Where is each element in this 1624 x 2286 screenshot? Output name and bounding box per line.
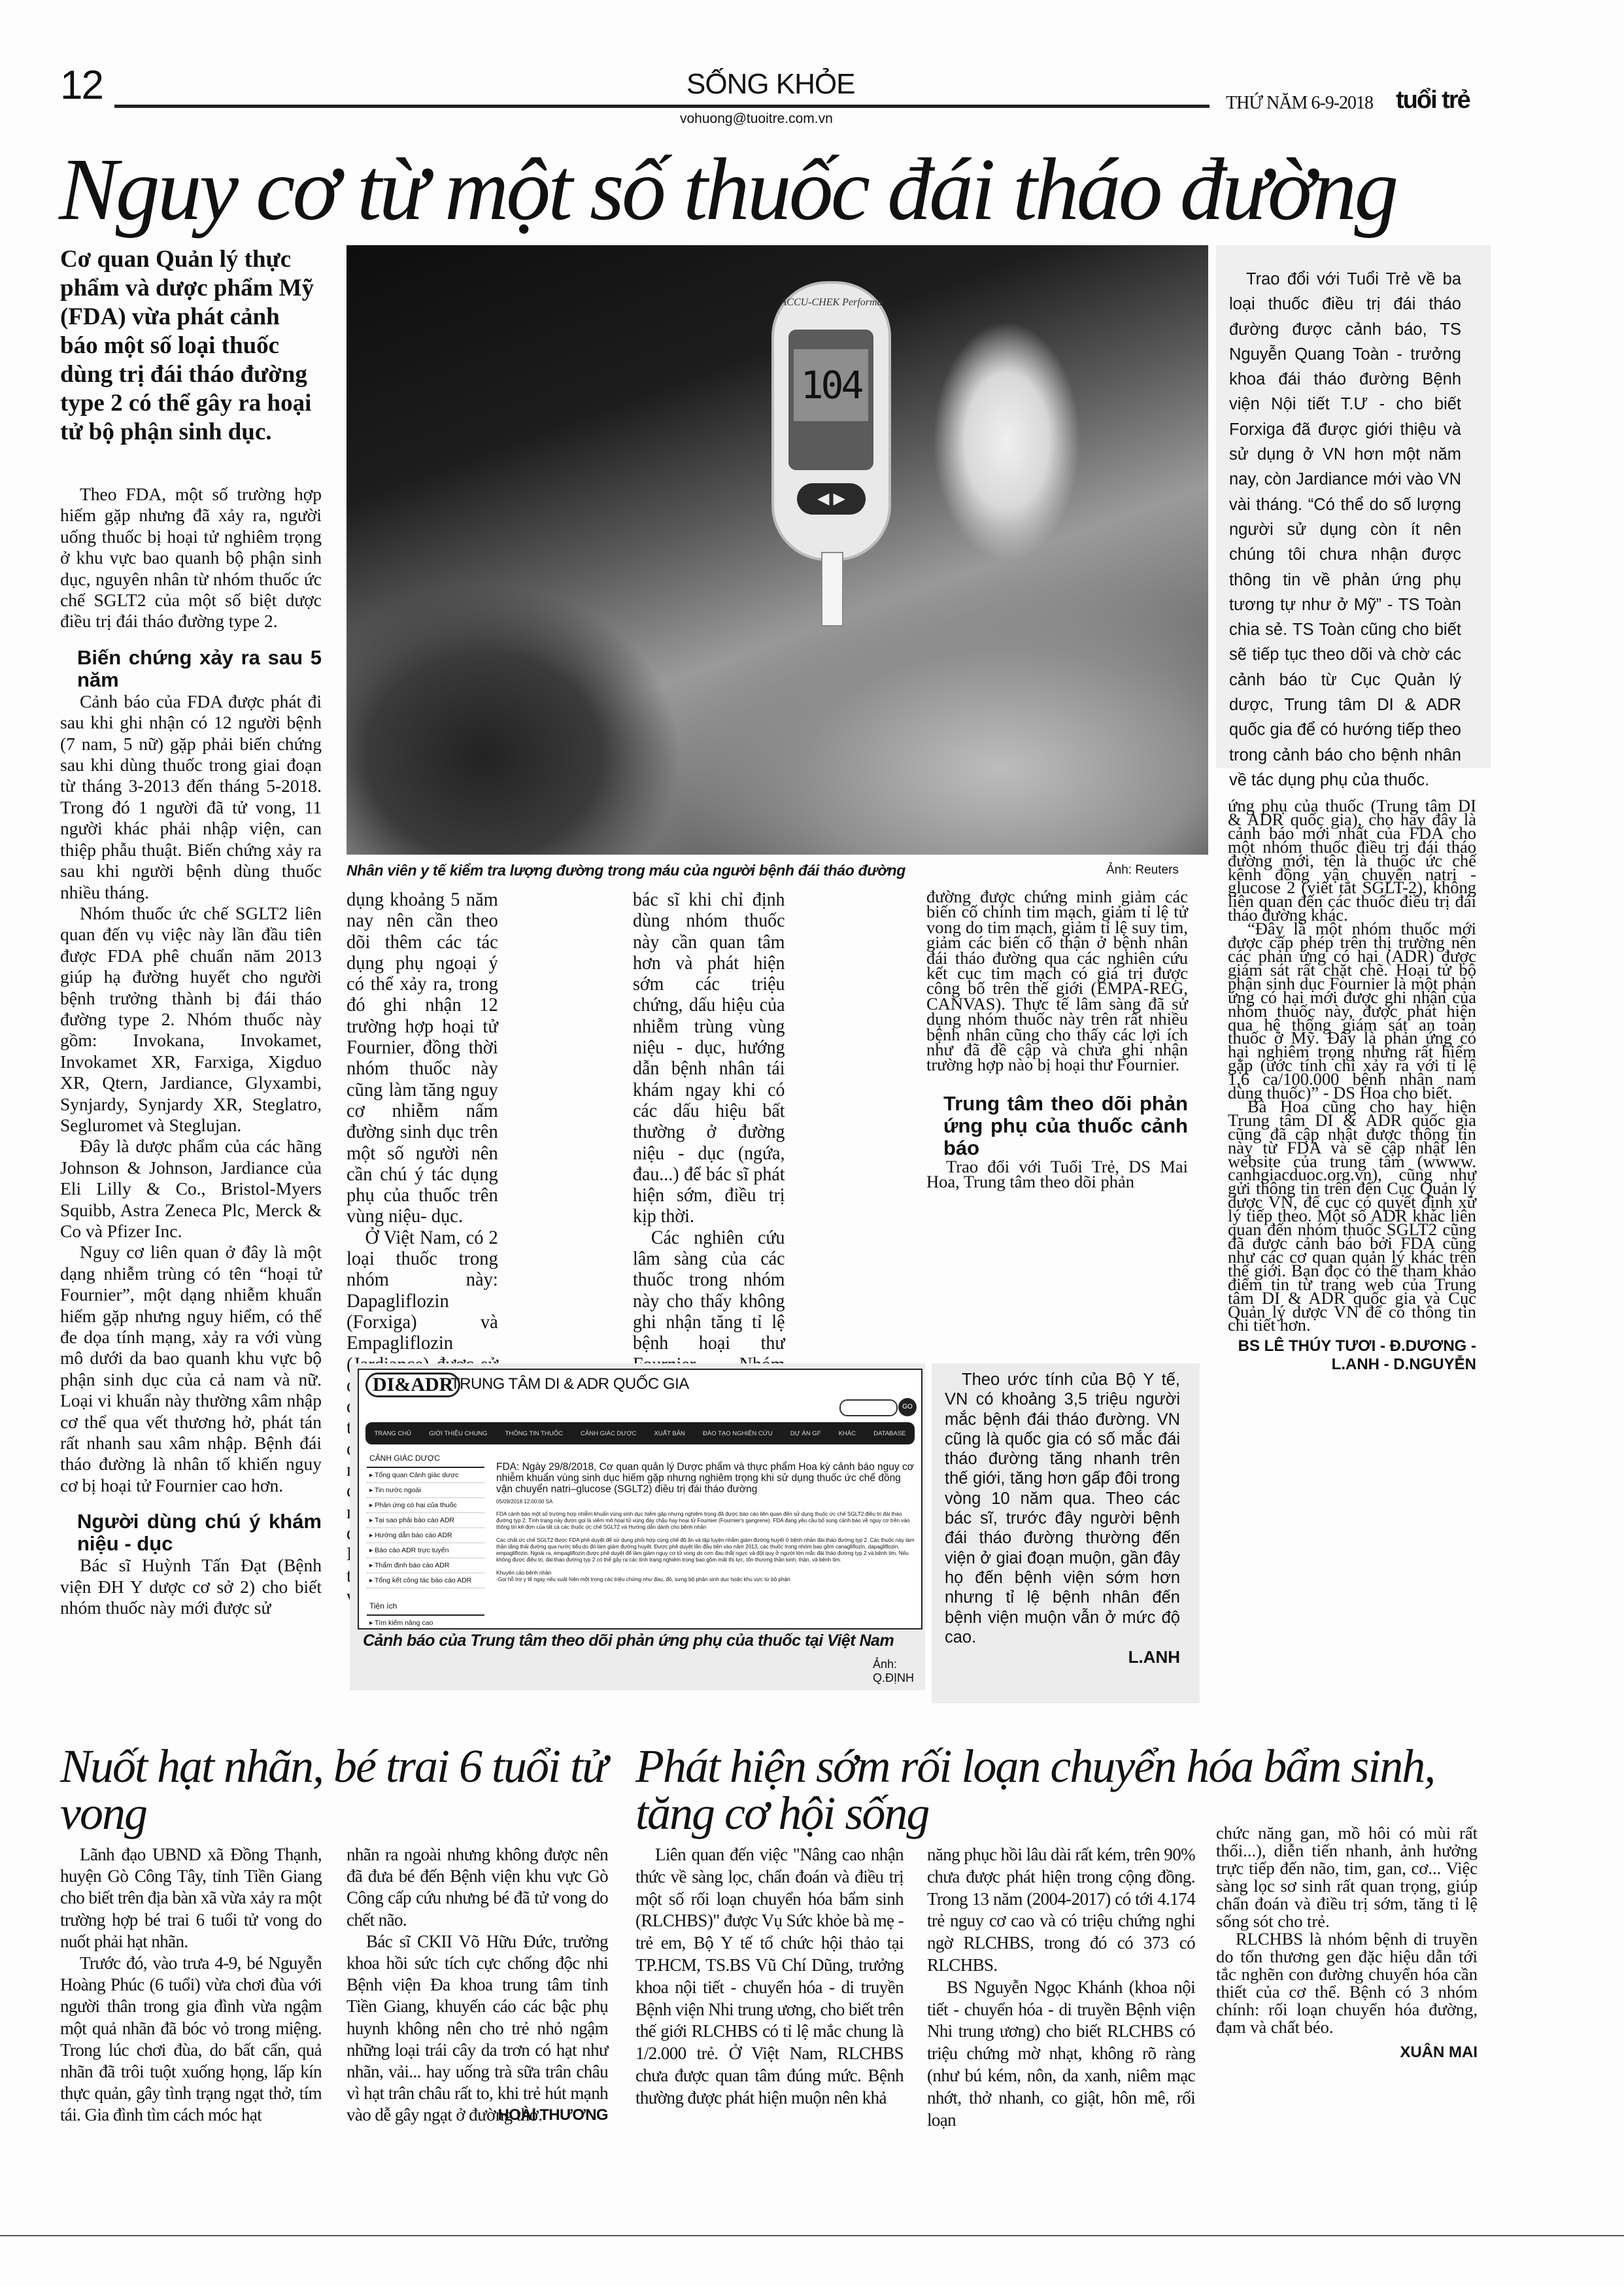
site-article-paragraph: Các chất ức chế SGLT2 được FDA phê duyệt… <box>496 1537 915 1563</box>
nav-item[interactable]: THÔNG TIN THUỐC <box>505 1430 563 1437</box>
article3-column-2: năng phục hồi lâu dài rất kém, trên 90% … <box>927 1844 1195 2131</box>
subheading: Người dùng chú ý khám niệu - dục <box>77 1510 322 1555</box>
di-adr-website: DI&ADR TRUNG TÂM DI & ADR QUỐC GIA GO TR… <box>358 1369 922 1629</box>
section-email: vohuong@tuoitre.com.vn <box>680 111 833 127</box>
byline: BS LÊ THÚY TƯƠI - Đ.DƯƠNG - <box>1228 1337 1476 1356</box>
search-input[interactable] <box>839 1399 898 1416</box>
sidebar-link[interactable]: ▸ Tin nước ngoài <box>367 1483 484 1498</box>
site-nav: TRANG CHỦ GIỚI THIỆU CHUNG THÔNG TIN THU… <box>365 1422 915 1444</box>
sidebar-link[interactable]: ▸ Phản ứng có hại của thuốc <box>367 1498 484 1513</box>
article2-headline: Nuốt hạt nhãn, bé trai 6 tuổi tử vong <box>60 1743 609 1837</box>
expert-quote-text: Trao đổi với Tuổi Trẻ về ba loại thuốc đ… <box>1229 267 1461 793</box>
paragraph: Trao đổi với Tuổi Trẻ, DS Mai Hoa, Trung… <box>926 1159 1188 1190</box>
sidebar-heading: CẢNH GIÁC DƯỢC <box>367 1450 484 1468</box>
byline: L.ANH <box>945 1647 1180 1667</box>
page-number: 12 <box>60 65 103 106</box>
article3-column-1: Liên quan đến việc "Nâng cao nhận thức v… <box>635 1844 904 2109</box>
paragraph: chức năng gan, mồ hôi có mùi rất thối...… <box>1216 1824 1478 1930</box>
paragraph: Nhóm thuốc ức chế SGLT2 liên quan đến vụ… <box>60 903 322 1136</box>
site-article-subhead: Khuyến cáo bệnh nhân <box>496 1570 915 1577</box>
sidebar-link[interactable]: ▸ Tại sao phải báo cáo ADR <box>367 1513 484 1528</box>
meter-brand: ACCU-CHEK Performa <box>774 297 888 309</box>
paragraph: Cảnh báo của FDA được phát đi sau khi gh… <box>60 691 322 903</box>
main-photo: ACCU-CHEK Performa 104 ◀ ▶ <box>347 245 1208 855</box>
paragraph: năng phục hồi lâu dài rất kém, trên 90% … <box>927 1844 1195 1977</box>
nav-item[interactable]: CẢNH GIÁC DƯỢC <box>581 1430 636 1437</box>
paragraph: đường được chứng minh giảm các biến cố c… <box>926 889 1188 1073</box>
main-sapo: Cơ quan Quản lý thực phẩm và dược phẩm M… <box>60 245 322 447</box>
sidebar-heading: Tiện ích <box>367 1597 484 1616</box>
paragraph: Trao đổi với Tuổi Trẻ về ba loại thuốc đ… <box>1229 267 1461 793</box>
meter-arrow-buttons-icon: ◀ ▶ <box>797 483 866 515</box>
nav-item[interactable]: KHÁC <box>839 1430 856 1437</box>
site-article-paragraph: -Gọi hỗ trợ y tế ngay nếu xuất hiện một … <box>496 1577 915 1583</box>
site-article: FDA: Ngày 29/8/2018, Cơ quan quản lý Dượ… <box>496 1461 915 1590</box>
statistics-text: Theo ước tính của Bộ Y tế, VN có khoảng … <box>945 1370 1180 1667</box>
inset-caption: Cảnh báo của Trung tâm theo dõi phản ứng… <box>363 1631 894 1650</box>
paragraph: ứng phụ của thuốc (Trung tâm DI & ADR qu… <box>1228 799 1476 922</box>
paragraph: Bác sĩ Huỳnh Tấn Đạt (Bệnh viện ĐH Y dượ… <box>60 1555 322 1618</box>
byline: L.ANH - D.NGUYỄN <box>1228 1356 1476 1374</box>
paragraph: nhãn ra ngoài nhưng không được nên đã đư… <box>347 1844 608 1931</box>
byline: XUÂN MAI <box>1216 2043 1478 2062</box>
sidebar-link[interactable]: ▸ Tổng quan Cảnh giác dược <box>367 1468 484 1483</box>
paragraph: Đây là dược phẩm của các hãng Johnson & … <box>60 1136 322 1242</box>
meter-reading: 104 <box>794 349 868 421</box>
main-column-5: ứng phụ của thuốc (Trung tâm DI & ADR qu… <box>1228 799 1476 1374</box>
statistics-box: Theo ước tính của Bộ Y tế, VN có khoảng … <box>932 1363 1200 1703</box>
site-article-date: 05/09/2018 12:00:00 SA <box>496 1499 915 1505</box>
nav-item[interactable]: TRANG CHỦ <box>375 1430 411 1437</box>
di-adr-logo: DI&ADR <box>365 1373 460 1397</box>
sidebar-link[interactable]: ▸ Tìm kiếm nâng cao <box>367 1616 484 1629</box>
paragraph: BS Nguyễn Ngọc Khánh (khoa nội tiết - ch… <box>927 1977 1195 2132</box>
section-title: SỐNG KHỎE <box>686 68 855 101</box>
paragraph: RLCHBS là nhóm bệnh di truyền do tổn thư… <box>1216 1930 1478 2036</box>
sidebar-link[interactable]: ▸ Thẩm định báo cáo ADR <box>367 1558 484 1573</box>
main-column-4: đường được chứng minh giảm các biến cố c… <box>926 889 1188 1190</box>
go-button[interactable]: GO <box>898 1398 917 1416</box>
subheading: Trung tâm theo dõi phản ứng phụ của thuố… <box>943 1093 1188 1159</box>
photo-credit: Ảnh: Reuters <box>1106 863 1179 878</box>
glucose-meter-illustration: ACCU-CHEK Performa 104 ◀ ▶ <box>771 281 891 561</box>
paragraph: Nguy cơ liên quan ở đây là một dạng nhiễ… <box>60 1242 322 1496</box>
main-headline: Nguy cơ từ một số thuốc đái tháo đường <box>59 141 1396 239</box>
nav-item[interactable]: XUẤT BẢN <box>654 1430 685 1437</box>
test-strip <box>821 552 843 626</box>
paragraph: Trước đó, vào trưa 4-9, bé Nguyễn Hoàng … <box>60 1953 322 2126</box>
article3-column-3: chức năng gan, mồ hôi có mùi rất thối...… <box>1216 1824 1478 2062</box>
issue-date: THỨ NĂM 6-9-2018 <box>1226 93 1373 114</box>
paragraph: Bà Hoa cũng cho hay hiện Trung tâm DI & … <box>1228 1100 1476 1332</box>
photo-caption: Nhân viên y tế kiểm tra lượng đường tron… <box>347 862 905 879</box>
page-bottom-rule <box>0 2235 1624 2236</box>
site-article-paragraph: FDA cảnh báo một số trường hợp nhiễm khu… <box>496 1511 915 1531</box>
paragraph: Bác sĩ CKII Võ Hữu Đức, trưởng khoa hồi … <box>347 1931 608 2126</box>
inset-credit: Ảnh: Q.ĐỊNH <box>873 1658 925 1685</box>
website-screenshot-inset: DI&ADR TRUNG TÂM DI & ADR QUỐC GIA GO TR… <box>350 1363 925 1690</box>
subheading: Biến chứng xảy ra sau 5 năm <box>77 647 322 691</box>
paragraph: Theo ước tính của Bộ Y tế, VN có khoảng … <box>945 1370 1180 1647</box>
nav-item[interactable]: DATABASE <box>873 1430 905 1437</box>
site-article-title: FDA: Ngày 29/8/2018, Cơ quan quản lý Dượ… <box>496 1461 915 1495</box>
newspaper-logo: tuổi trẻ <box>1396 86 1470 114</box>
nav-item[interactable]: GIỚI THIỆU CHUNG <box>429 1430 487 1437</box>
paragraph: “Đây là một nhóm thuốc mới được cấp phép… <box>1228 922 1476 1100</box>
paragraph: Liên quan đến việc "Nâng cao nhận thức v… <box>635 1844 904 2109</box>
paragraph: bác sĩ khi chỉ định dùng nhóm thuốc này … <box>633 889 785 1227</box>
site-title: TRUNG TÂM DI & ADR QUỐC GIA <box>450 1375 689 1393</box>
paragraph: Lãnh đạo UBND xã Đồng Thạnh, huyện Gò Cô… <box>60 1844 322 1953</box>
sidebar-link[interactable]: ▸ Hướng dẫn báo cáo ADR <box>367 1528 484 1543</box>
site-sidebar: CẢNH GIÁC DƯỢC ▸ Tổng quan Cảnh giác dượ… <box>367 1450 484 1629</box>
article2-column-1: Lãnh đạo UBND xã Đồng Thạnh, huyện Gò Cô… <box>60 1844 322 2126</box>
sidebar-link[interactable]: ▸ Tổng kết công tác báo cáo ADR <box>367 1573 484 1588</box>
paragraph: Theo FDA, một số trường hợp hiếm gặp như… <box>60 484 322 632</box>
nav-item[interactable]: DỰ ÁN GF <box>790 1430 821 1437</box>
nav-item[interactable]: ĐÀO TẠO NGHIÊN CỨU <box>703 1430 773 1437</box>
article2-column-2: nhãn ra ngoài nhưng không được nên đã đư… <box>347 1844 608 2125</box>
header-rule <box>114 105 1210 108</box>
main-column-1: Theo FDA, một số trường hợp hiếm gặp như… <box>60 484 322 1619</box>
sidebar-link[interactable]: ▸ Báo cáo ADR trực tuyến <box>367 1543 484 1558</box>
paragraph: dụng khoảng 5 năm nay nên cần theo dõi t… <box>347 889 498 1227</box>
